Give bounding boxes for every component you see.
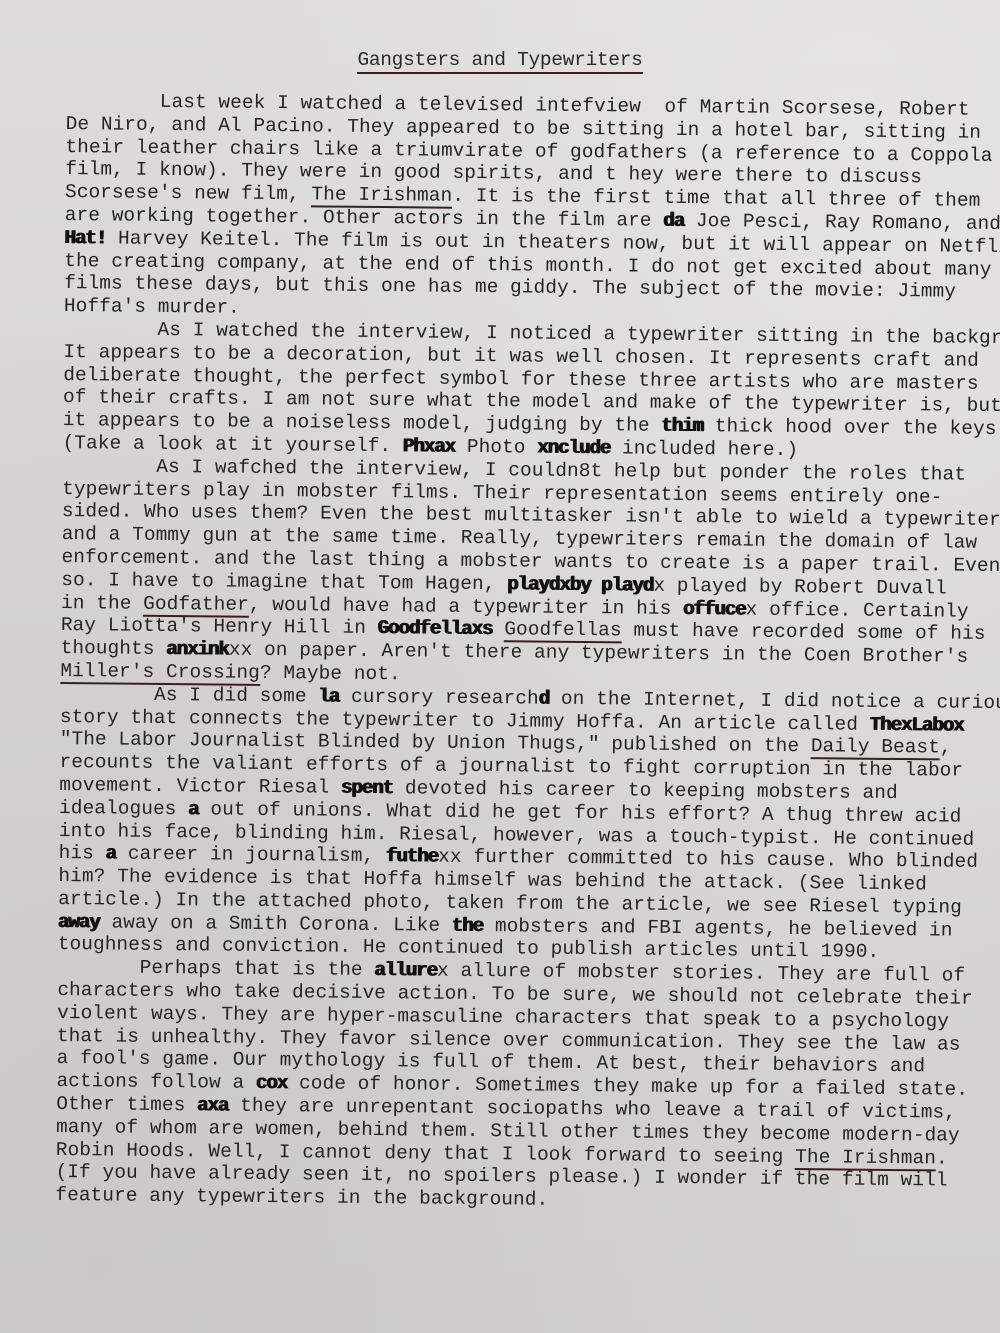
struck-over-text: away (58, 911, 100, 933)
struck-over-text: a (106, 843, 117, 865)
struck-over-text: spent (341, 777, 393, 799)
struck-over-text: la (318, 685, 339, 707)
struck-over-text: Goodfellaxs (378, 617, 493, 640)
text-segment: career in journalism, (116, 843, 386, 868)
struck-over-text: offuce (683, 597, 746, 620)
underlined-title: Daily Beast (811, 735, 940, 760)
struck-over-text: cox (256, 1072, 288, 1094)
typewritten-page: Gangsters and Typewriters Last week I wa… (0, 0, 1000, 1333)
text-segment: in the (61, 592, 143, 615)
text-segment: Joe Pesci, Ray Romano, and (684, 210, 1000, 235)
underlined-title: Goodfellas (504, 619, 622, 644)
text-segment: Hoffa's murder. (64, 295, 240, 319)
text-segment: thick hood over the keys. (703, 415, 1000, 440)
text-segment: movement. Victor Riesal (59, 774, 341, 799)
struck-over-text: ThexLabox (870, 713, 964, 736)
text-segment: , (940, 737, 952, 759)
struck-over-text: Phxax (403, 435, 455, 457)
text-segment (492, 618, 504, 640)
text-segment: Photo (455, 436, 537, 459)
text-segment: away on a Smith Corona. Like (100, 911, 452, 936)
struck-over-text: allure (374, 959, 437, 982)
text-segment: Perhaps that is the (57, 956, 374, 981)
struck-over-text: Hat! (64, 227, 106, 249)
text-segment: Ray Liotta's Henry Hill in (61, 614, 378, 639)
struck-over-text: futhe (386, 845, 438, 867)
text-segment: must have recorded some of his (622, 620, 986, 645)
struck-over-text: xnclude (537, 436, 610, 459)
underlined-title: The Irishman (795, 1146, 936, 1171)
text-segment: Other times (56, 1093, 197, 1116)
page-title: Gangsters and Typewriters (0, 49, 1000, 71)
text-segment: As I did some (60, 683, 318, 707)
text-segment: x played by Robert Duvall (653, 574, 947, 599)
text-segment: so. I have to imagine that Tom Hagen, (61, 569, 507, 595)
text-segment: Scorsese's new film, (65, 181, 312, 205)
struck-over-text: da (663, 210, 684, 232)
text-segment: ? Maybe not. (260, 662, 401, 685)
struck-over-text: axa (197, 1094, 229, 1116)
struck-over-text: d (539, 687, 550, 709)
struck-over-text: anxink (166, 638, 229, 661)
text-segment: (Take a look at it yourself. (63, 432, 404, 457)
underlined-title: Godfather (143, 592, 249, 617)
underlined-title: The Irishman (311, 184, 452, 209)
struck-over-text: a (188, 798, 199, 820)
title-text: Gangsters and Typewriters (357, 49, 642, 74)
text-segment: x office. Certainly (746, 598, 969, 622)
struck-over-text: the (452, 914, 484, 936)
text-segment: . (936, 1147, 948, 1169)
text-segment: idealogues (59, 797, 188, 820)
underlined-title: Miller's Crossing (60, 660, 260, 686)
text-segment: feature any typewriters in the backgroun… (55, 1184, 548, 1211)
text-segment: included here.) (610, 437, 798, 461)
text-segment: his (59, 842, 106, 864)
text-segment: actions follow a (56, 1070, 256, 1094)
struck-over-text: thim (661, 415, 703, 437)
text-segment: thoughts (61, 637, 167, 660)
document-body: Last week I watched a televised intefvie… (55, 90, 996, 1216)
text-segment: , would have had a typewriter in his (249, 593, 683, 619)
text-segment: cursory research (339, 685, 539, 709)
struck-over-text: playdxby playd (507, 573, 653, 596)
